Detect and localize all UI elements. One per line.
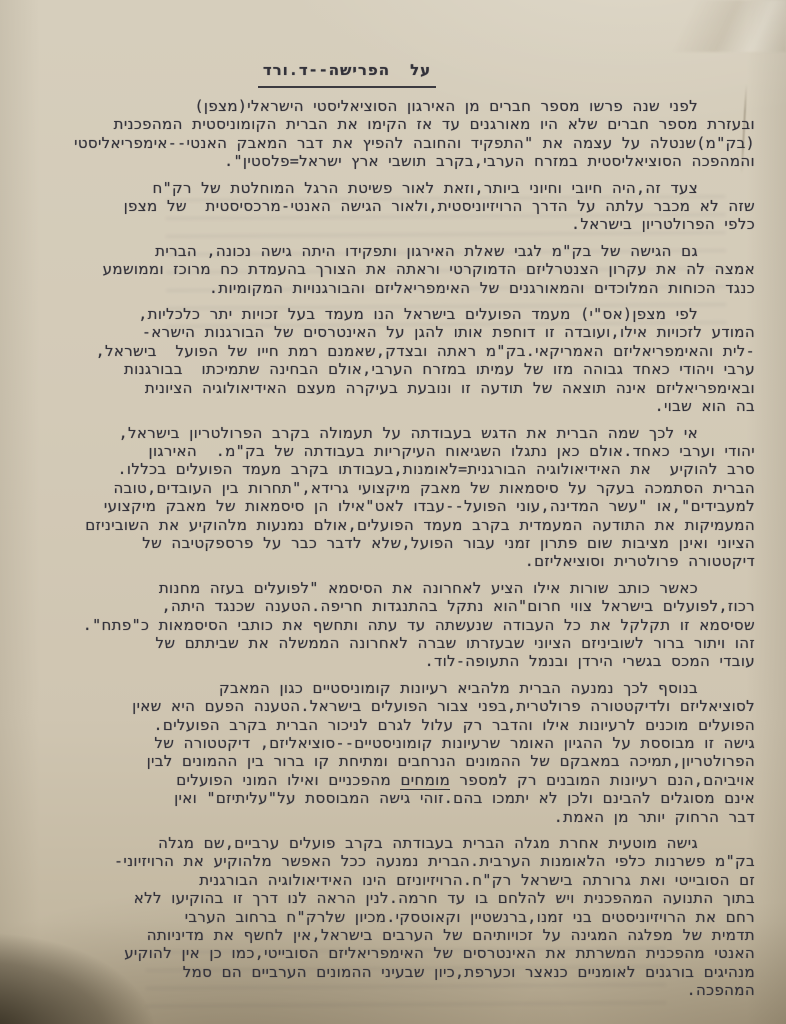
document-body: לפני שנה פרשו מספר חברים מן האירגון הסוצ…	[28, 97, 755, 1008]
text-line: אינם מסוגלים להבינם ולכן לא יתמכו בהם.זו…	[28, 789, 755, 807]
text-line: המהפכה.	[28, 981, 755, 999]
text-line: הברית הסתמכה בעקר על סיסמאות של מאבק מיק…	[28, 479, 755, 497]
text-line: כנגד הכוחות המלוכדים והמאורגנים של האימפ…	[28, 279, 755, 297]
text-line: דיקטטורה פרולטרית וסוציאליזם.	[28, 552, 755, 570]
text-line: שסיסמא זו תקלקל את כל העבודה שנעשתה עד ע…	[28, 616, 755, 634]
text-line: צעד זה,היה חיובי וחיוני ביותר,וזאת לאור …	[28, 179, 755, 197]
text-line: שזה לא מכבר עלתה על הדרך הרויזיוניסטית,ו…	[28, 197, 755, 215]
text-line: והמהפכה הסוציאליסטית במזרח הערבי,בקרב תו…	[28, 152, 755, 170]
scanned-document-page: על הפרישה--ד.ורד לפני שנה פרשו מספר חברי…	[0, 0, 786, 1024]
text-line: בתוך התנועה המהפכנית ויש להלחם בו עד חרמ…	[28, 889, 755, 907]
paragraph-6: כאשר כותב שורות אילו הציע לאחרונה את הסי…	[28, 579, 755, 671]
text-line: כלפי הפרולטריון בישראל.	[28, 215, 755, 233]
text-line: בה הוא שבוי.	[28, 397, 755, 415]
text-line: לסוציאליזם ולדיקטטורה פרולטרית,בפני צבור…	[28, 697, 755, 715]
text-line: גישה זו מבוססת על ההגיון האומר שרעיונות …	[28, 734, 755, 752]
text-line: לפי מצפן(אס"י) מעמד הפועלים בישראל הנו מ…	[28, 305, 755, 323]
text-line: ובעזרת מספר חברים שלא היו מאורגנים עד אז…	[28, 115, 755, 133]
text-line: הפועלים מוכנים לרעיונות אילו והדבר רק על…	[28, 716, 755, 734]
text-line: -לית והאימפריאליזם האמריקאי.בק"מ ראתה וב…	[28, 342, 755, 360]
text-line: זהו ויתור ברור לשוביניזם הציוני שבעזרתו …	[28, 634, 755, 652]
text-line: סרב להוקיע את האידיאולוגיה הבורגנית=לאומ…	[28, 460, 755, 478]
text-line: בק"מ פשרנות כלפי הלאומנות הערבית.הברית נ…	[28, 852, 755, 870]
text-line: לפני שנה פרשו מספר חברים מן האירגון הסוצ…	[28, 97, 755, 115]
text-line: ובאימפריאליזם אינה תוצאה של תודעה זו ונו…	[28, 379, 755, 397]
text-line: יהודי וערבי כאחד.אולם כאן נתגלו השגיאוח …	[28, 442, 755, 460]
text-line: אי לכך שמה הברית את הדגש בעבודתה על תעמו…	[28, 424, 755, 442]
text-line: הציוני ואינן מציבות שום פתרון זמני עבור …	[28, 534, 755, 552]
text-line: אויביהם,הנם רעיונות המובנים רק למספר מומ…	[28, 771, 755, 789]
text-line: רחם את הרויזיוניסטים בני זמנו,ברנשטיין ו…	[28, 908, 755, 926]
paragraph-5: אי לכך שמה הברית את הדגש בעבודתה על תעמו…	[28, 424, 755, 571]
paragraph-4: לפי מצפן(אס"י) מעמד הפועלים בישראל הנו מ…	[28, 305, 755, 415]
text-line: המעמיקות את התודעה המעמדית בקרב מעמד הפו…	[28, 516, 755, 534]
paragraph-3: גם הגישה של בק"מ לגבי שאלת האירגון ותפקי…	[28, 242, 755, 297]
text-line: גישה מוטעית אחרת מגלה הברית בעבודתה בקרב…	[28, 834, 755, 852]
paragraph-1: לפני שנה פרשו מספר חברים מן האירגון הסוצ…	[28, 97, 755, 171]
page-title: על הפרישה--ד.ורד	[258, 61, 436, 88]
text-line: תדמית של מפלגה המגינה על זכויותיהם של הע…	[28, 926, 755, 944]
text-line: (בק"מ)שנטלה על עצמה את "התפקיד והחובה לה…	[28, 134, 755, 152]
text-line: כאשר כותב שורות אילו הציע לאחרונה את הסי…	[28, 579, 755, 597]
paragraph-7: בנוסף לכך נמנעה הברית מלהביא רעיונות קומ…	[28, 679, 755, 826]
text-line: האנטי מהפכנית המשרתת את האינטרסים של האי…	[28, 944, 755, 962]
document-title-row: על הפרישה--ד.ורד	[0, 60, 740, 88]
text-line: גם הגישה של בק"מ לגבי שאלת האירגון ותפקי…	[28, 242, 755, 260]
text-line: מנהיגים בורגנים לאומניים כנאצר וכערפת,כי…	[28, 963, 755, 981]
text-line: עובדי המכס בגשרי הירדן ובנמל התעופה-לוד.	[28, 652, 755, 670]
text-line: אמצה לה את עקרון הצנטרליזם הדמוקרטי וראת…	[28, 260, 755, 278]
paragraph-2: צעד זה,היה חיובי וחיוני ביותר,וזאת לאור …	[28, 179, 755, 234]
text-line: רכוז,לפועלים בישראל צווי חרום"הוא נתקל ב…	[28, 597, 755, 615]
text-line: הפרולטריון,תמיכה במאבקם של ההמונים הנרחב…	[28, 752, 755, 770]
text-line: בנוסף לכך נמנעה הברית מלהביא רעיונות קומ…	[28, 679, 755, 697]
text-line: דבר הרחוק יותר מן האמת.	[28, 808, 755, 826]
paper-crease-top-right	[556, 0, 786, 52]
text-line: זם הסובייטי ואת גרורתה בישראל רק"ח.הרויז…	[28, 871, 755, 889]
text-line: ערבי ויהודי כאחד גבוהה מזו של עמיתו במזר…	[28, 360, 755, 378]
text-line: למעבידים",או "עשר המדינה,עוני הפועל--עבד…	[28, 497, 755, 515]
paragraph-8: גישה מוטעית אחרת מגלה הברית בעבודתה בקרב…	[28, 834, 755, 1000]
text-line: המודע לזכויות אילו,ועובדה זו דוחפת אותו …	[28, 323, 755, 341]
